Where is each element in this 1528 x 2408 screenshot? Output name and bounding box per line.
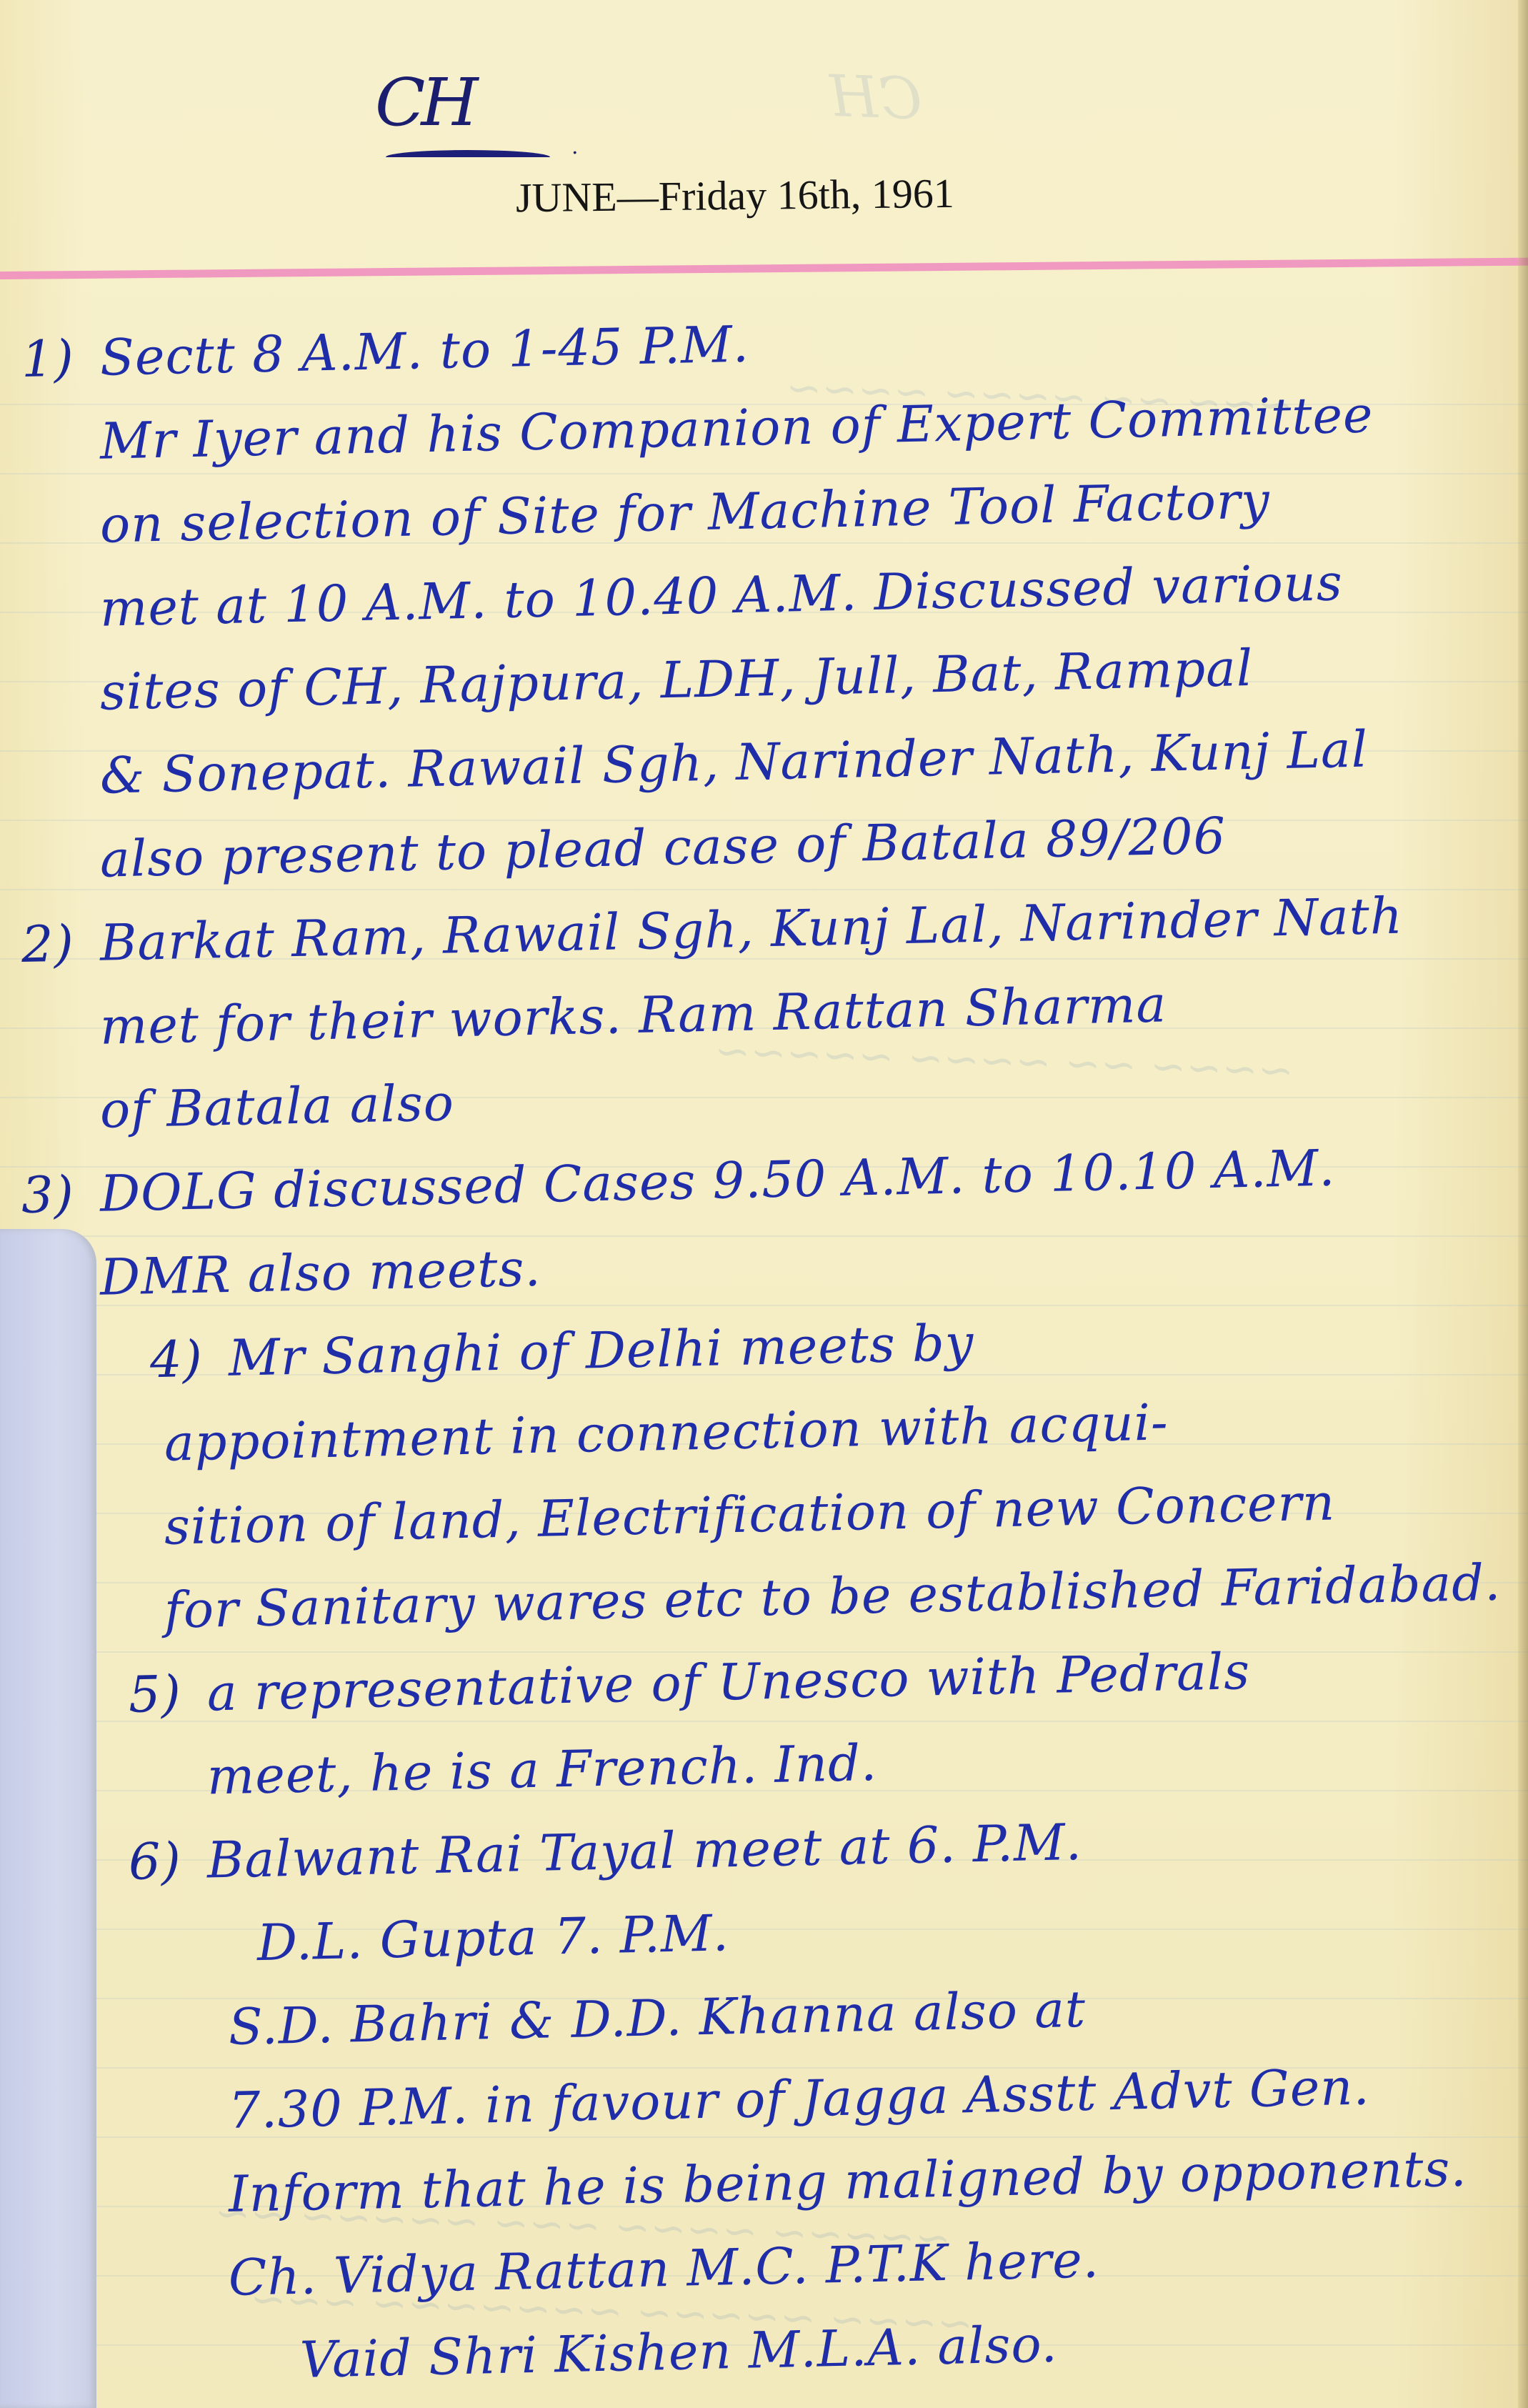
entry-number: 4)	[149, 1317, 229, 1402]
pink-header-rule	[0, 258, 1528, 279]
entry-number: 6)	[128, 1819, 208, 1904]
bleed-through-ghost-text: CH	[827, 63, 923, 133]
section-mark-underline	[386, 150, 550, 157]
entry-number: 3)	[21, 1153, 101, 1238]
entry-number: 5)	[128, 1652, 208, 1737]
entry-number: 2)	[21, 902, 101, 987]
printed-date-header: JUNE—Friday 16th, 1961	[516, 169, 954, 222]
entry-number: 1)	[21, 317, 101, 402]
diary-page: CH ~~~ ~~ ~~~~ ~~~~ ~~~~ ~~ ~~~~ ~~~~~ ~…	[0, 0, 1528, 2408]
page-right-edge	[1518, 0, 1528, 2408]
diary-entries: 1)Sectt 8 A.M. to 1-45 P.M. Mr Iyer and …	[21, 318, 1493, 2408]
section-mark-dot: .	[571, 134, 579, 159]
section-mark: CH	[375, 64, 474, 141]
